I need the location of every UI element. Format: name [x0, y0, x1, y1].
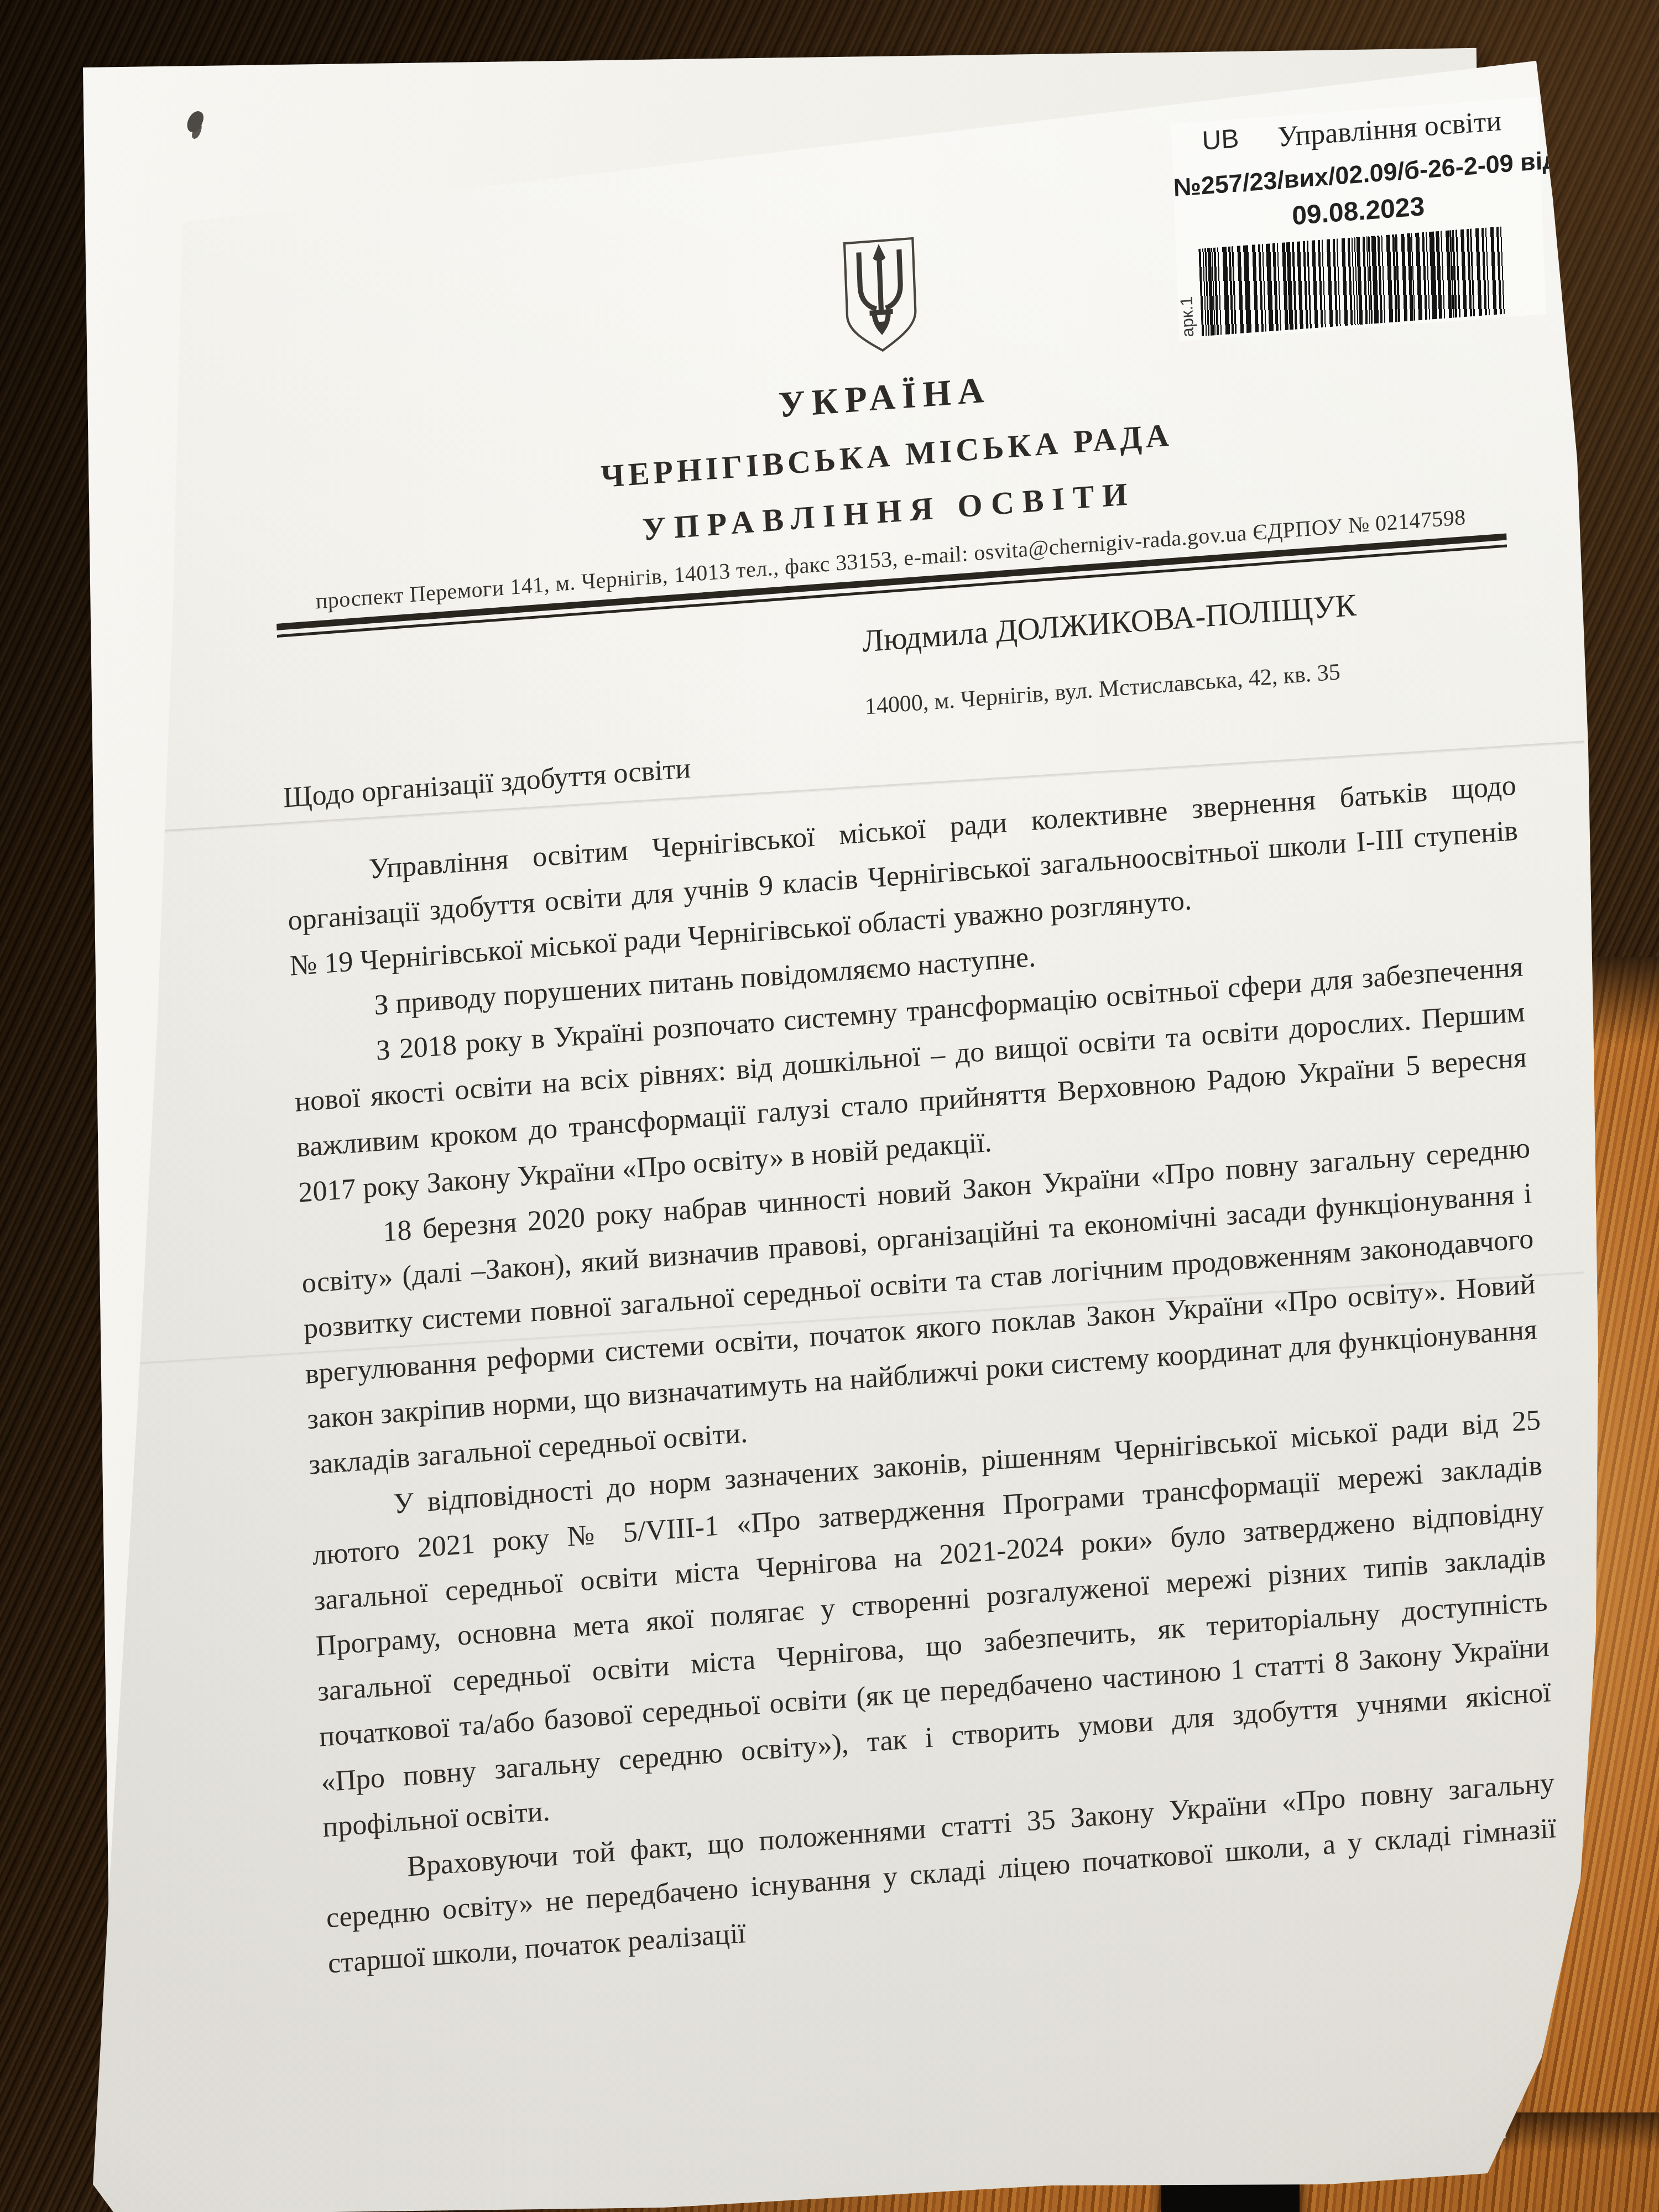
stamp-code: UB — [1202, 124, 1240, 156]
trident-emblem-icon — [839, 236, 922, 356]
letter-content: UB Управління освіти №257/23/вих/02.09/б… — [260, 101, 1559, 1987]
letter-body: Управління освітим Чернігівської міської… — [285, 763, 1559, 1987]
registration-stamp: UB Управління освіти №257/23/вих/02.09/б… — [1171, 97, 1546, 341]
recipient-name: Людмила ДОЛЖИКОВА-ПОЛІЩУК — [862, 576, 1511, 660]
sheet-count-label: арк.1 — [1176, 254, 1197, 338]
barcode — [1198, 227, 1508, 337]
stamp-org-name: Управління освіти — [1277, 105, 1502, 153]
stamp-barcode-row: арк.1 — [1176, 224, 1546, 338]
letter-page: UB Управління освіти №257/23/вих/02.09/б… — [0, 0, 1659, 2212]
